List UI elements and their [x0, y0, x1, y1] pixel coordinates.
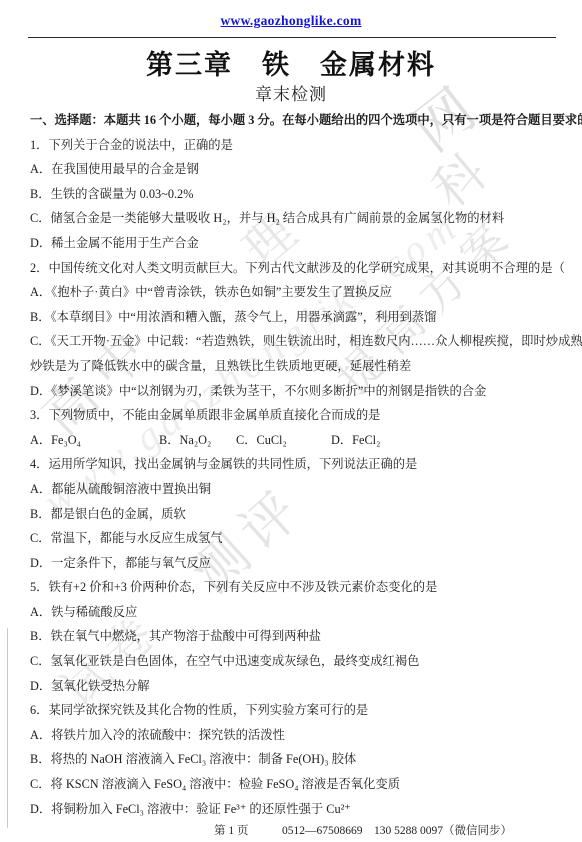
question-list: 一、选择题：本题共 16 个小题，每小题 3 分。在每小题给出的四个选项中，只有…: [30, 113, 570, 826]
text-line: A．铁与稀硫酸反应: [30, 605, 570, 630]
footer-contact-phones: 0512—67508669 130 5288 0097（微信同步）: [282, 822, 512, 838]
text-line: 5．铁有+2 价和+3 价两种价态，下列有关反应中不涉及铁元素价态变化的是: [30, 580, 570, 605]
text-line: A．在我国使用最早的合金是钢: [30, 162, 570, 187]
text-line: 1．下列关于合金的说法中，正确的是: [30, 138, 570, 163]
text-line: 一、选择题：本题共 16 个小题，每小题 3 分。在每小题给出的四个选项中，只有…: [30, 113, 570, 138]
option-cell: A．Fe₃O₄: [30, 433, 81, 447]
text-line: B．将热的 NaOH 溶液滴入 FeCl₃ 溶液中：制备 Fe(OH)₃ 胶体: [30, 752, 570, 777]
text-line: B．铁在氧气中燃烧，其产物溶于盐酸中可得到两种盐: [30, 629, 570, 654]
text-line: B．《本草纲目》中“用浓酒和糟入甑，蒸令气上，用器承滴露”，利用到蒸馏: [30, 310, 570, 335]
options-row: A．Fe₃O₄B．Na₂O₂C．CuCl₂D．FeCl₂: [30, 433, 570, 458]
text-line: D．稀土金属不能用于生产合金: [30, 236, 570, 261]
text-line: C．氢氧化亚铁是白色固体，在空气中迅速变成灰绿色，最终变成红褐色: [30, 654, 570, 679]
text-line: 3．下列物质中，不能由金属单质跟非金属单质直接化合而成的是: [30, 408, 570, 433]
text-line: 4．运用所学知识，找出金属钠与金属铁的共同性质，下列说法正确的是: [30, 457, 570, 482]
option-cell: D．FeCl₂: [331, 433, 380, 447]
text-line: C．将 KSCN 溶液滴入 FeSO₄ 溶液中：检验 FeSO₄ 溶液是否氧化变…: [30, 777, 570, 802]
text-line: B．生铁的含碳量为 0.03~0.2%: [30, 187, 570, 212]
page-subtitle: 章末检测: [0, 80, 582, 105]
text-line: 2．中国传统文化对人类文明贡献巨大。下列古代文献涉及的化学研究成果，对其说明不合…: [30, 261, 570, 286]
header-divider: [28, 37, 556, 38]
text-line: A．将铁片加入冷的浓硫酸中：探究铁的活泼性: [30, 728, 570, 753]
text-line: C．《天工开物·五金》中记载：“若造熟铁，则生铁流出时，相连数尺内……众人柳棍疾…: [30, 334, 570, 359]
text-line: C．储氢合金是一类能够大量吸收 H₂，并与 H₂ 结合成具有广阔前景的金属氢化物…: [30, 211, 570, 236]
option-cell: C．CuCl₂: [236, 433, 287, 447]
text-line: D．一定条件下，都能与氧气反应: [30, 556, 570, 581]
text-line: 6．某同学欲探究铁及其化合物的性质，下列实验方案可行的是: [30, 703, 570, 728]
page-title: 第三章 铁 金属材料: [0, 43, 582, 82]
text-line: B．都是银白色的金属，质软: [30, 507, 570, 532]
scan-edge-line: [7, 628, 8, 828]
text-line: 炒铁是为了降低铁水中的碳含量，且熟铁比生铁质地更硬，延展性稍差: [30, 359, 570, 384]
text-line: D．《梦溪笔谈》中“以剂钢为刃，柔铁为茎干，不尔则多断折”中的剂钢是指铁的合金: [30, 384, 570, 409]
text-line: C．常温下，都能与水反应生成氢气: [30, 531, 570, 556]
site-url-link[interactable]: www.gaozhonglike.com: [0, 13, 582, 29]
footer-page-number: 第 1 页: [214, 822, 249, 838]
text-line: A．都能从硫酸铜溶液中置换出铜: [30, 482, 570, 507]
text-line: A．《抱朴子·黄白》中“曾青涂铁，铁赤色如铜”主要发生了置换反应: [30, 285, 570, 310]
option-cell: B．Na₂O₂: [159, 433, 211, 447]
text-line: D．氢氧化铁受热分解: [30, 679, 570, 704]
